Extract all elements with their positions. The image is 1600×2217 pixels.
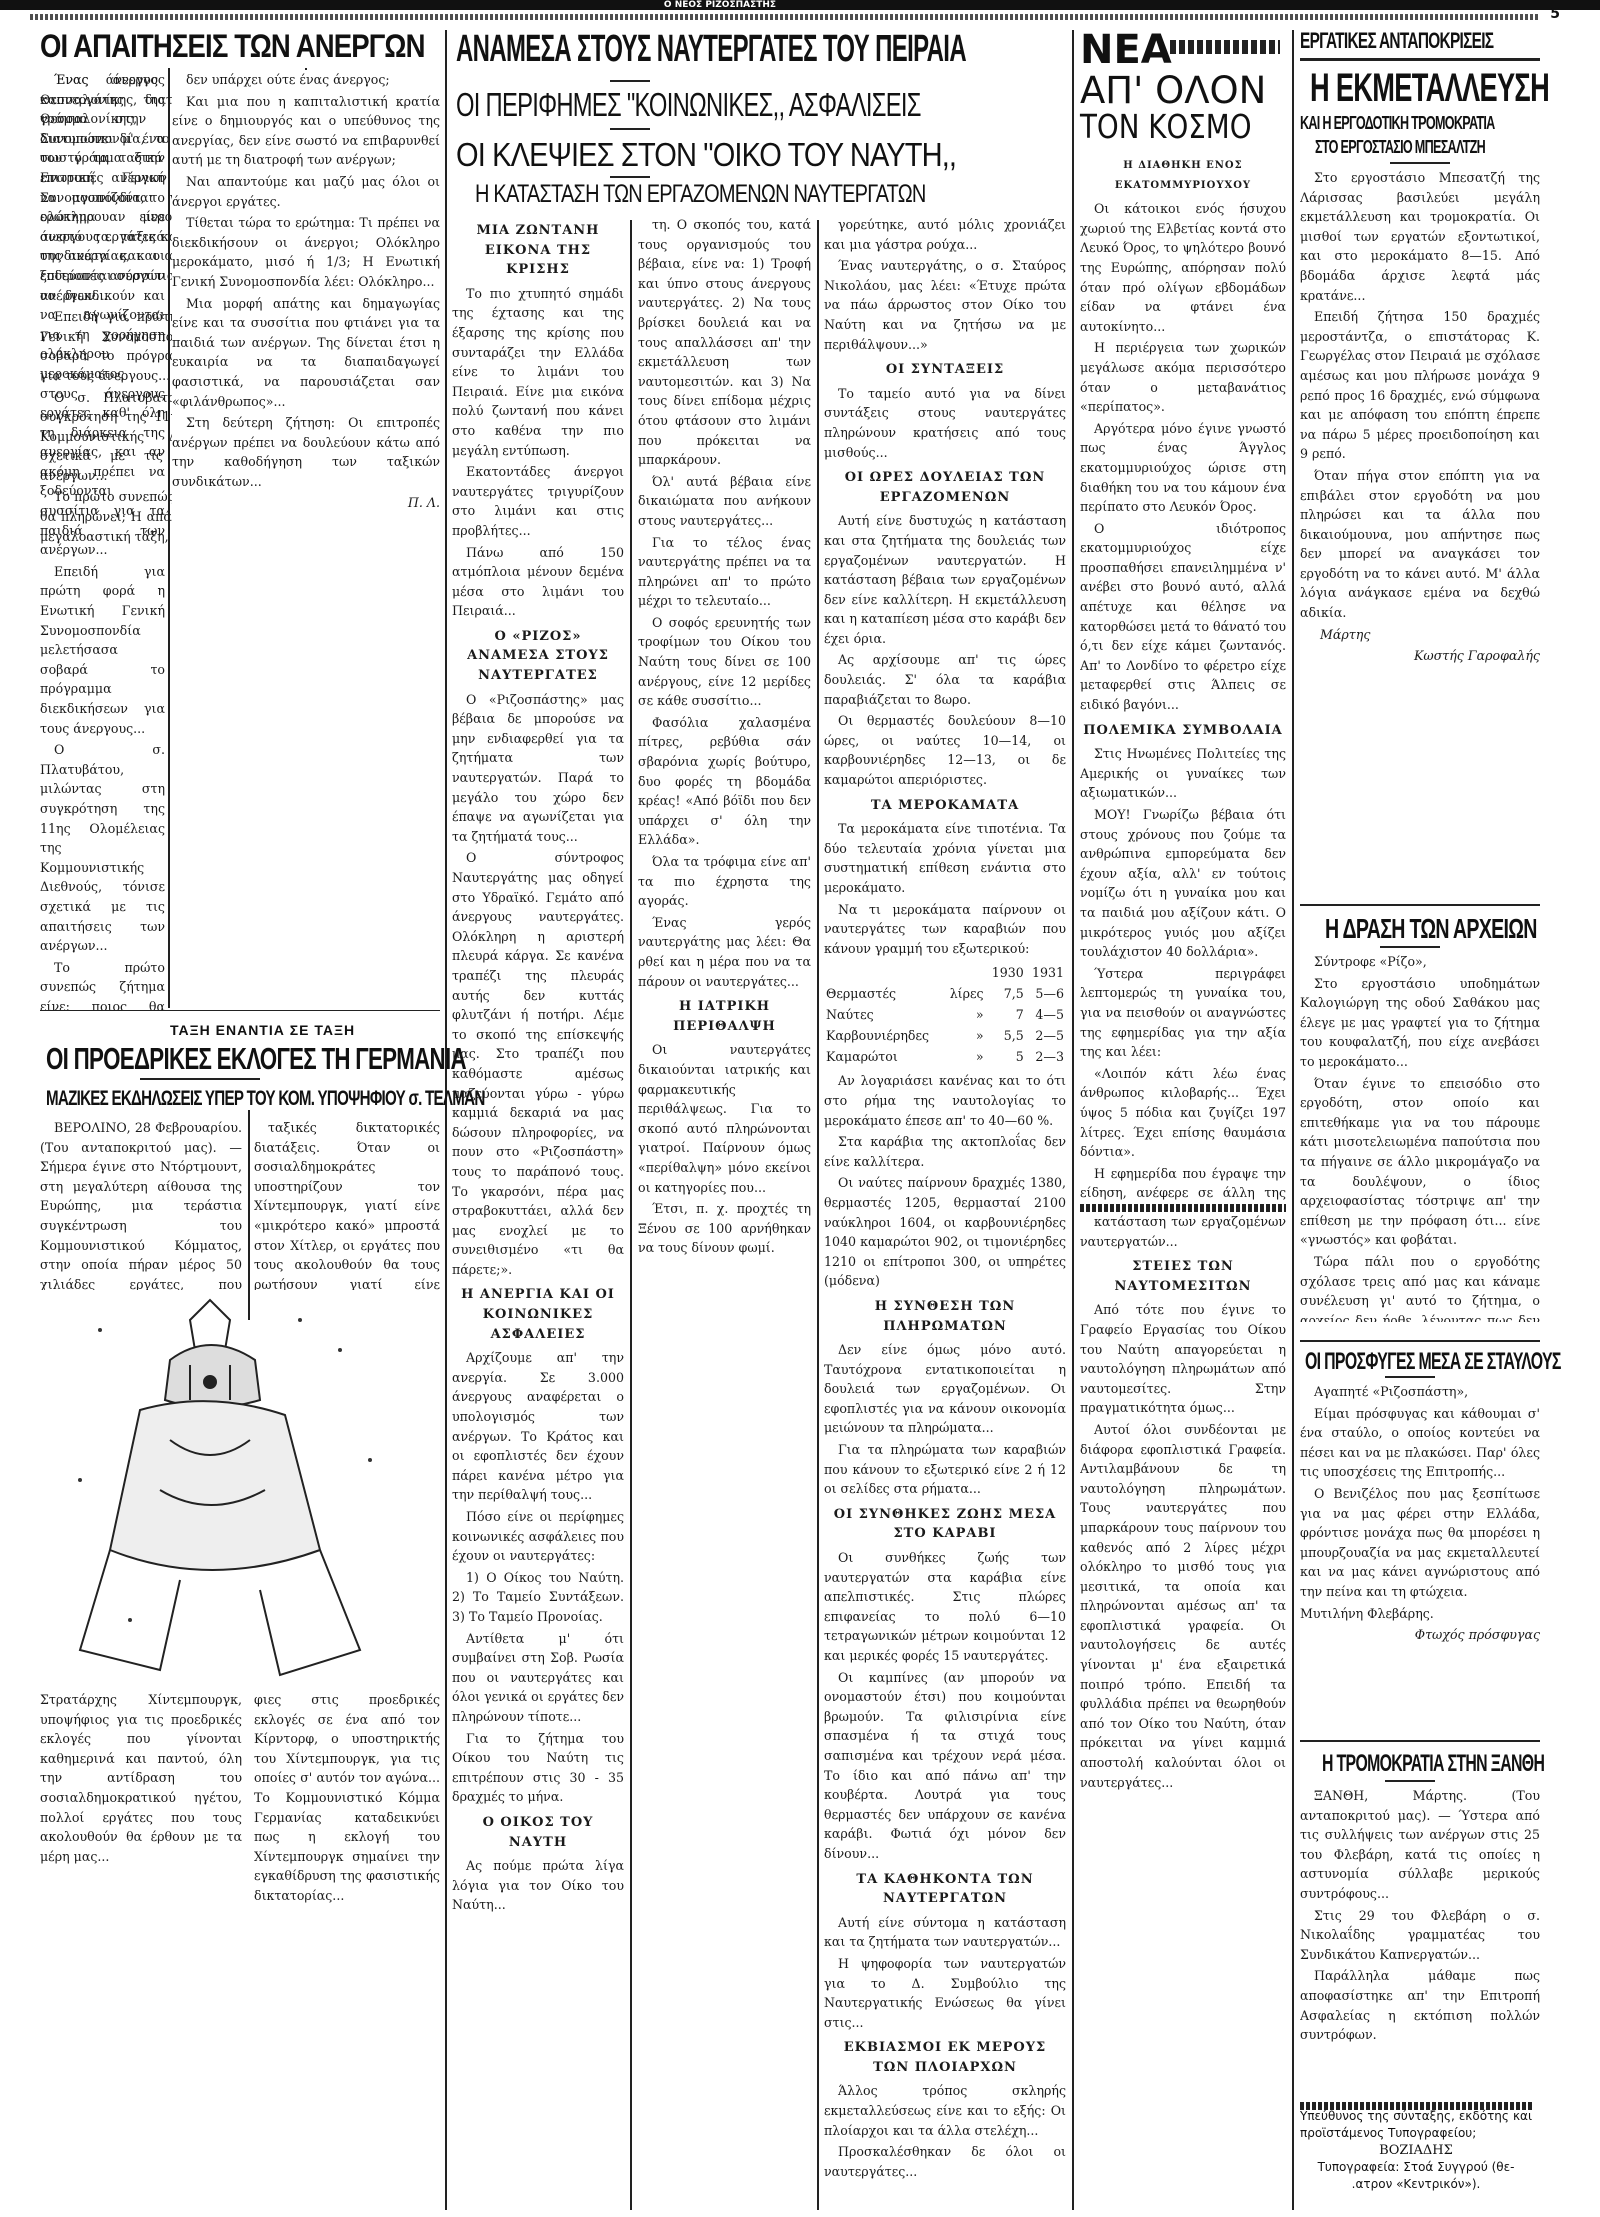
paragraph: Ο σύντροφος Ναυτεργάτης μας οδηγεί στο Υ… <box>452 848 624 1279</box>
signature: Φτωχός πρόσφυγας <box>1300 1625 1540 1645</box>
headline-archives: Η ΔΡΑΣΗ ΤΩΝ ΑΡΧΕΙΩΝ <box>1325 915 1537 943</box>
imprint-line: Τυπογραφεία: Στοά Συγγρού (θε- <box>1300 2159 1532 2176</box>
decorative-wave <box>1170 40 1280 54</box>
imprint-line: Υπεύθυνος της σύνταξης, εκδότης και προϊ… <box>1300 2108 1532 2142</box>
shipworkers-col-1: ΜΙΑ ΖΩΝΤΑΝΗ ΕΙΚΟΝΑ ΤΗΣ ΚΡΙΣΗΣ Το πιο χτυ… <box>452 215 624 2210</box>
paragraph: Οι ναύτες παίρνουν δραχμές 1380, θερμαστ… <box>824 1173 1066 1291</box>
xanthi-text: ΞΑΝΘΗ, Μάρτης. (Του ανταποκριτού μας). —… <box>1300 1786 1540 2076</box>
world-news-col: Η ΔΙΑΘΗΚΗ ΕΝΟΣ ΕΚΑΤΟΜΜΥΡΙΟΥΧΟΥ Οι κάτοικ… <box>1080 150 1286 1210</box>
paragraph: Να τι μεροκάματα παίρνουν οι ναυτεργάτες… <box>824 900 1066 959</box>
paragraph: Τώρα πάλι που ο εργοδότης σχόλασε τρεις … <box>1300 1252 1540 1322</box>
headline-shipworkers-2: ΟΙ ΠΕΡΙΦΗΜΕΣ "ΚΟΙΝΩΝΙΚΕΣ,, ΑΣΦΑΛΙΣΕΙΣ <box>456 88 921 121</box>
paragraph: Οι συνθήκες ζωής των ναυτεργατών στα καρ… <box>824 1548 1066 1666</box>
cell: » <box>943 1004 985 1025</box>
paragraph: Όταν πήγα στον επόπτη για να επιβάλει στ… <box>1300 466 1540 623</box>
headline-unemployed: ΟΙ ΑΠΑΙΤΗΣΕΙΣ ΤΩΝ ΑΝΕΡΓΩΝ <box>40 30 425 62</box>
column-rule <box>817 220 819 2210</box>
paragraph: κατάσταση των εργαζομένων ναυτεργατών... <box>1080 1212 1286 1251</box>
paragraph: Είμαι πρόσφυγας και κάθουμαι σ' ένα σταύ… <box>1300 1404 1540 1482</box>
column-rule <box>630 220 632 2210</box>
divider <box>140 1078 260 1080</box>
paragraph: «Λοιπόν κάτι λέω ένας άνθρωπος κιλοβαρής… <box>1080 1064 1286 1162</box>
decorative-wavy-rule <box>1080 1204 1286 1212</box>
imprint-line: .ατρον «Κεντρικόν»). <box>1300 2176 1532 2193</box>
cell: 4—5 <box>1026 1004 1066 1025</box>
paragraph: Οι κάτοικοι ενός ήσυχου χωριού της Ελβετ… <box>1080 199 1286 336</box>
paragraph: ΒΕΡΟΛΙΝΟ, 28 Φεβρουαρίου. (Του ανταποκρι… <box>40 1118 242 1290</box>
column-rule <box>1292 30 1294 2210</box>
paragraph: Φασόλια χαλασμένα πίτρες, ρεβύθια σάν σβ… <box>638 713 811 850</box>
paragraph: Ο Βενιζέλος που μας ξεσπίτωσε για να μας… <box>1300 1484 1540 1602</box>
paragraph: Έτσι, π. χ. προχτές τη Ξένου σε 100 αρνή… <box>638 1199 811 1258</box>
paragraph: Παράλληλα μάθαμε πως αποφασίστηκε απ' τη… <box>1300 1966 1540 2044</box>
cell: Καμαρώτοι <box>824 1046 943 1067</box>
divider <box>1390 162 1450 164</box>
paragraph: Ένας ναυτεργάτης, ο σ. Σταύρος Νικολάου,… <box>824 256 1066 354</box>
paragraph: Αυτοί όλοι συνδέονται με διάφορα εφοπλισ… <box>1080 1420 1286 1792</box>
cell: Ναύτες <box>824 1004 943 1025</box>
shipworkers-col-2: τη. Ο σκοπός του, κατά τους οργανισμούς … <box>638 215 811 2210</box>
paragraph: Οι καμπίνες (αν μπορούν να ονομαστούν έτ… <box>824 1668 1066 1864</box>
headline-exploitation-3: ΣΤΟ ΕΡΓΟΣΤΑΣΙΟ ΜΠΕΣΑΛΤΖΗ <box>1315 138 1485 156</box>
kicker: ΤΑΞΗ ΕΝΑΝΤΙΑ ΣΕ ΤΑΞΗ <box>170 1023 355 1037</box>
paragraph: Ας πούμε πρώτα λίγα λόγια για τον Οίκο τ… <box>452 1856 624 1915</box>
paragraph: Άλλος τρόπος σκληρής εκμεταλλεύσεως είνε… <box>824 2081 1066 2140</box>
section-heading: ΟΙ ΩΡΕΣ ΔΟΥΛΕΙΑΣ ΤΩΝ ΕΡΓΑΖΟΜΕΝΩΝ <box>824 468 1066 507</box>
paragraph: Στο εργοστάσιο Μπεσατζή της Λάρισσας βασ… <box>1300 168 1540 305</box>
cell: 5,5 <box>986 1025 1026 1046</box>
paragraph: Εκατοντάδες άνεργοι ναυτεργάτες τριγυρίζ… <box>452 462 624 540</box>
section-heading: Η ΣΥΝΘΕΣΗ ΤΩΝ ΠΛΗΡΩΜΑΤΩΝ <box>824 1297 1066 1336</box>
section-heading: ΣΤΕΙΕΣ ΤΩΝ ΝΑΥΤΟΜΕΣΙΤΩΝ <box>1080 1257 1286 1296</box>
section-heading: Η ΔΙΑΘΗΚΗ ΕΝΟΣ ΕΚΑΤΟΜΜΥΡΙΟΥΧΟΥ <box>1080 156 1286 195</box>
cell: 7,5 <box>986 983 1026 1004</box>
signature: Π. Λ. <box>172 493 440 513</box>
paragraph: γορεύτηκε, αυτό μόλις χρονιάζει και μια … <box>824 215 1066 254</box>
headline-news-2: ΑΠ' ΟΛΟΝ <box>1080 72 1266 109</box>
divider <box>610 80 650 82</box>
divider <box>1385 1780 1435 1782</box>
unemployed-col-2: δεν υπάρχει ούτε ένας άνεργος; Και μια π… <box>172 70 440 1010</box>
page-number: 5 <box>1550 6 1560 22</box>
masthead-title: Ο ΝΕΟΣ ΡΙΖΟΣΠΑΣΤΗΣ <box>620 0 820 12</box>
signature-date: Μάρτης <box>1300 625 1540 645</box>
paragraph: ΜΟΥ! Γνωρίζω βέβαια ότι στους χρόνους πο… <box>1080 805 1286 962</box>
headline-shipworkers-3: ΟΙ ΚΛΕΨΙΕΣ ΣΤΟΝ "ΟΙΚΟ ΤΟΥ ΝΑΥΤΗ,, <box>456 138 956 171</box>
column-header: 1931 <box>1026 962 1066 983</box>
shipworkers-col-3: γορεύτηκε, αυτό μόλις χρονιάζει και μια … <box>824 215 1066 2210</box>
paragraph: Ένας άνεργος καπνεργάτης της Θεσσαλονίκη… <box>40 70 165 560</box>
paragraph: Ο «Ριζοσπάστης» μας βέβαια δε μπορούσε ν… <box>452 690 624 847</box>
section-label: ΕΡΓΑΤΙΚΕΣ ΑΝΤΑΠΟΚΡΙΣΕΙΣ <box>1300 30 1493 52</box>
imprint: Υπεύθυνος της σύνταξης, εκδότης και προϊ… <box>1300 2108 1532 2193</box>
paragraph: Το ταμείο αυτό για να δίνει συντάξεις στ… <box>824 384 1066 462</box>
paragraph: Επειδή για πρώτη φορά η Ενωτική Γενική Σ… <box>40 562 165 738</box>
paragraph: Ας αρχίσουμε απ' τις ώρες δουλειάς. Σ' ό… <box>824 650 1066 709</box>
column-rule <box>1072 30 1074 2210</box>
column-rule <box>445 30 447 2210</box>
germany-caption-col-2: φιες στις προεδρικές εκλογές σε ένα από … <box>254 1690 440 2210</box>
paragraph: Αργότερα μόνο έγινε γνωστό πως ένας Άγγλ… <box>1080 419 1286 517</box>
wages-table: 1930 1931 Θερμαστές λίρες 7,5 5—6 Ναύτες… <box>824 962 1066 1067</box>
section-heading: ΤΑ ΚΑΘΗΚΟΝΤΑ ΤΩΝ ΝΑΥΤΕΡΓΑΤΩΝ <box>824 1870 1066 1909</box>
paragraph: Στις 29 του Φλεβάρη ο σ. Νικολαΐδης γραμ… <box>1300 1906 1540 1965</box>
divider <box>1300 1340 1540 1342</box>
paragraph: Για το τέλος ένας ναυτεργάτης πρέπει να … <box>638 533 811 611</box>
germany-col-2: ταξικές δικτατορικές διατάξεις. Όταν οι … <box>254 1118 440 1290</box>
subheadline-germany: ΜΑΖΙΚΕΣ ΕΚΔΗΛΩΣΕΙΣ ΥΠΕΡ ΤΟΥ ΚΟΜ. ΥΠΟΨΗΦΙ… <box>46 1088 485 1109</box>
paragraph: Οι θερμαστές δουλεύουν 8—10 ώρες, οι ναύ… <box>824 711 1066 789</box>
cell: 2—3 <box>1026 1046 1066 1067</box>
headline-xanthi: Η ΤΡΟΜΟΚΡΑΤΙΑ ΣΤΗΝ ΞΑΝΘΗ <box>1322 1752 1544 1776</box>
cell: Θερμαστές <box>824 983 943 1004</box>
imprint-publisher-name: ΒΟΖΙΑΔΗΣ <box>1300 2142 1532 2159</box>
world-news-col-continued: κατάσταση των εργαζομένων ναυτεργατών...… <box>1080 1212 1286 2210</box>
headline-exploitation-2: ΚΑΙ Η ΕΡΓΟΔΟΤΙΚΗ ΤΡΟΜΟΚΡΑΤΙΑ <box>1300 114 1495 132</box>
section-heading: Ο ΟΙΚΟΣ ΤΟΥ ΝΑΥΤΗ <box>452 1813 624 1852</box>
cell: 5—6 <box>1026 983 1066 1004</box>
paragraph: Από τότε που έγινε το Γραφείο Εργασίας τ… <box>1080 1300 1286 1418</box>
paragraph: Και μια που η καπιταλιστική κρατία είνε … <box>172 92 440 170</box>
table-row: Θερμαστές λίρες 7,5 5—6 <box>824 983 1066 1004</box>
paragraph: ΞΑΝΘΗ, Μάρτης. (Του ανταποκριτού μας). —… <box>1300 1786 1540 1904</box>
paragraph: Πάνω από 150 ατμόπλοια μένουν δεμένα μέσ… <box>452 543 624 621</box>
divider <box>1385 1376 1435 1378</box>
table-row: Ναύτες » 7 4—5 <box>824 1004 1066 1025</box>
paragraph: Στη δεύτερη ζήτηση: Οι επιτροπές ανέργων… <box>172 413 440 491</box>
divider <box>40 1010 440 1011</box>
section-heading: ΟΙ ΣΥΝΘΗΚΕΣ ΖΩΗΣ ΜΕΣΑ ΣΤΟ ΚΑΡΑΒΙ <box>824 1505 1066 1544</box>
divider <box>610 176 650 178</box>
paragraph: Αυτή είνε δυστυχώς η κατάσταση και στα ζ… <box>824 511 1066 648</box>
paragraph: Το πρώτο συνεπώς ζήτημα είνε: ποιος θα π… <box>40 958 165 1010</box>
paragraph: Στις Ηνωμένες Πολιτείες της Αμερικής οι … <box>1080 744 1286 803</box>
paragraph: Αρχίζουμε απ' την ανεργία. Σε 3.000 άνερ… <box>452 1348 624 1505</box>
signature: Κωστής Γαροφαλής <box>1300 646 1540 666</box>
divider <box>1380 946 1440 948</box>
paragraph: δεν υπάρχει ούτε ένας άνεργος; <box>172 70 440 90</box>
section-heading: ΟΙ ΣΥΝΤΑΞΕΙΣ <box>824 360 1066 380</box>
paragraph: Πόσο είνε οι περίφημες κοινωνικές ασφάλε… <box>452 1507 624 1566</box>
germany-col-1: ΒΕΡΟΛΙΝΟ, 28 Φεβρουαρίου. (Του ανταποκρι… <box>40 1118 242 1290</box>
signature-place: Μυτιλήνη Φλεβάρης. <box>1300 1604 1540 1624</box>
column-rule <box>168 68 170 1008</box>
paragraph: Η περιέργεια των χωρικών μεγάλωσε ακόμα … <box>1080 338 1286 416</box>
paragraph: Ο ιδιότροπος εκατομμυριούχος είχε προσπα… <box>1080 519 1286 715</box>
cell: Καρβουνιέρηδες <box>824 1025 943 1046</box>
divider <box>610 128 650 130</box>
section-heading: ΠΟΛΕΜΙΚΑ ΣΥΜΒΟΛΑΙΑ <box>1080 721 1286 741</box>
section-heading: Η ΑΝΕΡΓΙΑ ΚΑΙ ΟΙ ΚΟΙΝΩΝΙΚΕΣ ΑΣΦΑΛΕΙΕΣ <box>452 1285 624 1344</box>
paragraph: Όλα τα τρόφιμα είνε απ' τα πιο έχρηστα τ… <box>638 852 811 911</box>
paragraph: Ένας γερός ναυτεργάτης μας λέει: Θα ρθεί… <box>638 913 811 991</box>
paragraph: Επειδή ζήτησα 150 δραχμές μεροστάντζα, ο… <box>1300 307 1540 464</box>
paragraph: Αν λογαριάσει κανένας και το ότι στο ρήμ… <box>824 1071 1066 1130</box>
divider <box>1300 1740 1540 1742</box>
section-heading: Ο «ΡΙΖΟΣ» ΑΝΑΜΕΣΑ ΣΤΟΥΣ ΝΑΥΤΕΡΓΑΤΕΣ <box>452 627 624 686</box>
paragraph: Δεν είνε όμως μόνο αυτό. Ταυτόχρονα εντα… <box>824 1340 1066 1438</box>
table-row: Καμαρώτοι » 5 2—3 <box>824 1046 1066 1067</box>
paragraph: τη. Ο σκοπός του, κατά τους οργανισμούς … <box>638 215 811 470</box>
paragraph: Στα καράβια της ακτοπλοΐας δεν είνε καλλ… <box>824 1132 1066 1171</box>
paragraph: Προσκαλέσθηκαν δε όλοι οι ναυτεργάτες... <box>824 2142 1066 2181</box>
paragraph: Οι ναυτεργάτες δικαιούνται ιατρικής και … <box>638 1040 811 1197</box>
section-heading: ΤΑ ΜΕΡΟΚΑΜΑΤΑ <box>824 796 1066 816</box>
cell: 2—5 <box>1026 1025 1066 1046</box>
headline-shipworkers-4: Η ΚΑΤΑΣΤΑΣΗ ΤΩΝ ΕΡΓΑΖΟΜΕΝΩΝ ΝΑΥΤΕΡΓΑΤΩΝ <box>475 182 926 207</box>
hindenburg-caricature-illustration <box>40 1290 420 1690</box>
paragraph: Αντίθετα μ' ότι συμβαίνει στη Σοβ. Ρωσία… <box>452 1629 624 1727</box>
cell: λίρες <box>943 983 985 1004</box>
paragraph: Όταν έγινε το επεισόδιο στο εργοδότη, στ… <box>1300 1074 1540 1250</box>
paragraph: Αυτή είνε σύντομα η κατάσταση και τα ζητ… <box>824 1913 1066 1952</box>
workers-correspondence-text: Στο εργοστάσιο Μπεσατζή της Λάρισσας βασ… <box>1300 168 1540 858</box>
paragraph: Τίθεται τώρα το ερώτημα: Τι πρέπει να δι… <box>172 213 440 291</box>
paragraph: ταξικές δικτατορικές διατάξεις. Όταν οι … <box>254 1118 440 1290</box>
paragraph: Η ψηφοφορία των ναυτεργατών για το Δ. Συ… <box>824 1954 1066 2032</box>
table-row: Καρβουνιέρηδες » 5,5 2—5 <box>824 1025 1066 1046</box>
unemployed-col-1-visible: Ένας άνεργος καπνεργάτης της Θεσσαλονίκη… <box>40 70 165 1010</box>
paragraph: Για τα πληρώματα των καραβιών που κάνουν… <box>824 1440 1066 1499</box>
section-heading: Η ΙΑΤΡΙΚΗ ΠΕΡΙΘΑΛΨΗ <box>638 997 811 1036</box>
cell: 5 <box>986 1046 1026 1067</box>
archives-text: Σύντροφε «Ρίζο», Στο εργοστάσιο υποδημάτ… <box>1300 952 1540 1322</box>
refugees-text: Αγαπητέ «Ριζοσπάστη», Είμαι πρόσφυγας κα… <box>1300 1382 1540 1722</box>
divider <box>1300 58 1540 61</box>
headline-refugees: ΟΙ ΠΡΟΣΦΥΓΕΣ ΜΕΣΑ ΣΕ ΣΤΑΥΛΟΥΣ <box>1305 1350 1561 1374</box>
paragraph: Για το ζήτημα του Οίκου του Ναύτη τις επ… <box>452 1729 624 1807</box>
headline-news-3: ΤΟΝ ΚΟΣΜΟ <box>1080 110 1252 143</box>
headline-shipworkers-1: ΑΝΑΜΕΣΑ ΣΤΟΥΣ ΝΑΥΤΕΡΓΑΤΕΣ ΤΟΥ ΠΕΙΡΑΙΑ <box>456 30 966 68</box>
headline-news-1: ΝΕΑ <box>1080 30 1172 70</box>
paragraph: Στο εργοστάσιο υποδημάτων Καλογιώργη της… <box>1300 974 1540 1072</box>
paragraph: Το πιο χτυπητό σημάδι της έχτασης και τη… <box>452 284 624 460</box>
divider <box>1300 904 1540 906</box>
paragraph: Μια μορφή απάτης και δημαγωγίας είνε και… <box>172 294 440 412</box>
decorative-wavy-rule <box>30 14 1540 20</box>
paragraph: 1) Ο Οίκος του Ναύτη. 2) Το Ταμείο Συντά… <box>452 1568 624 1627</box>
table-header-row: 1930 1931 <box>824 962 1066 983</box>
cell: 7 <box>986 1004 1026 1025</box>
section-heading: ΜΙΑ ΖΩΝΤΑΝΗ ΕΙΚΟΝΑ ΤΗΣ ΚΡΙΣΗΣ <box>452 221 624 280</box>
paragraph: Όλ' αυτά βέβαια είνε δικαιώματα που ανήκ… <box>638 472 811 531</box>
headline-exploitation: Η ΕΚΜΕΤΑΛΛΕΥΣΗ <box>1310 68 1549 108</box>
paragraph: Ο σ. Πλατυβάτου, μιλώντας στη συγκρότηση… <box>40 740 165 956</box>
cell: » <box>943 1025 985 1046</box>
paragraph: Τα μεροκάματα είνε τιποτένια. Τα δύο τελ… <box>824 819 1066 897</box>
paragraph: Αγαπητέ «Ριζοσπάστη», <box>1300 1382 1540 1402</box>
paragraph: Ο σοφός ερευνητής των τροφίμων του Οίκου… <box>638 613 811 711</box>
headline-germany: ΟΙ ΠΡΟΕΔΡΙΚΕΣ ΕΚΛΟΓΕΣ ΤΗ ΓΕΡΜΑΝΙΑ <box>46 1043 466 1074</box>
germany-caption-col-1: Στρατάρχης Χίντεμπουργκ, υποψήφιος για τ… <box>40 1690 242 2210</box>
cell: » <box>943 1046 985 1067</box>
section-heading: ΕΚΒΙΑΣΜΟΙ ΕΚ ΜΕΡΟΥΣ ΤΩΝ ΠΛΟΙΑΡΧΩΝ <box>824 2038 1066 2077</box>
paragraph: Ύστερα περιγράφει λεπτομερώς τη γυναίκα … <box>1080 964 1286 1062</box>
paragraph: Σύντροφε «Ρίζο», <box>1300 952 1540 972</box>
column-rule <box>248 1110 250 1320</box>
column-header: 1930 <box>986 962 1026 983</box>
paragraph: Ναι απαντούμε και μαζύ μας όλοι οι άνεργ… <box>172 172 440 211</box>
